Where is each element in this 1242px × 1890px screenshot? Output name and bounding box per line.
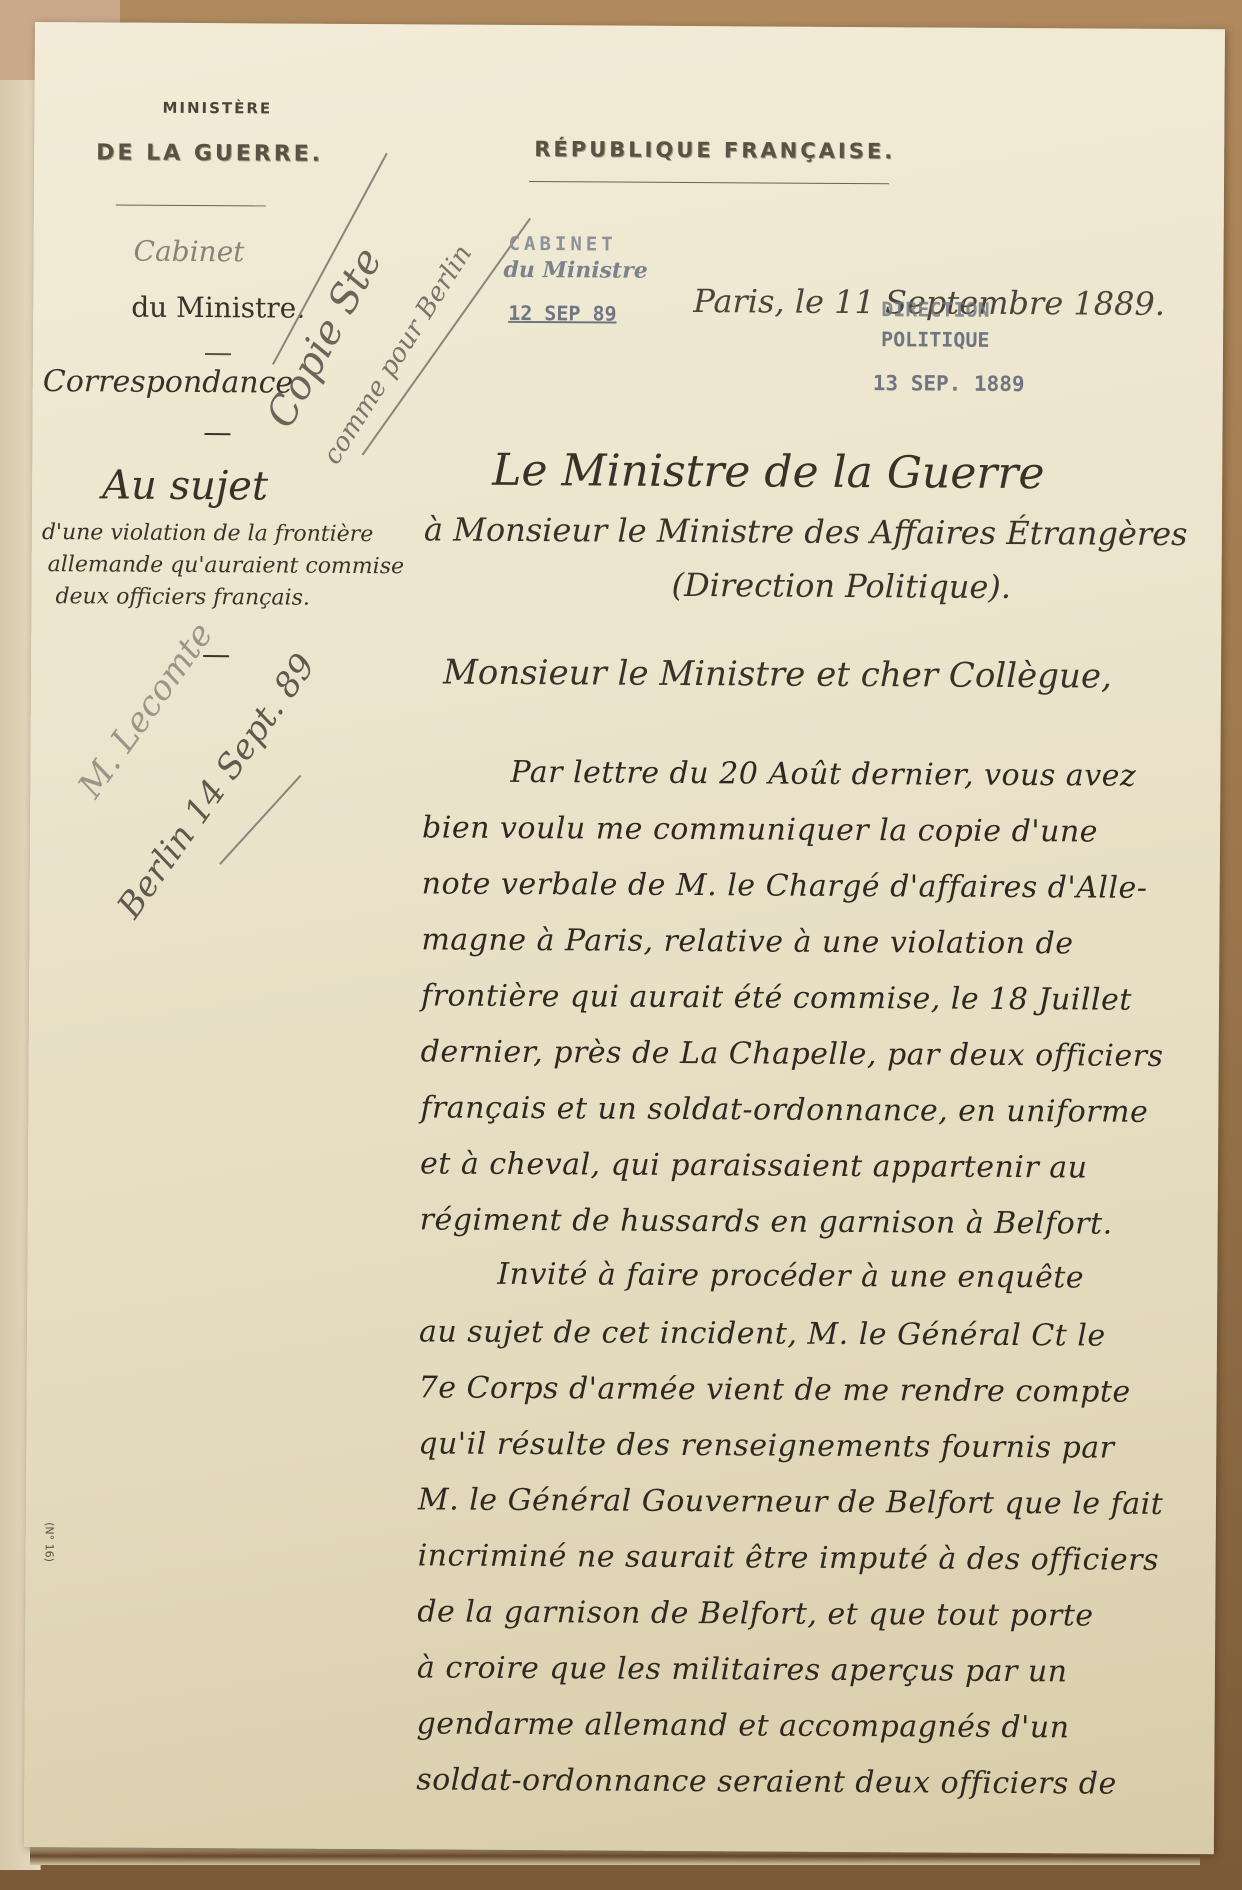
letterhead-de-la-guerre: DE LA GUERRE. [96, 140, 323, 166]
body-line: régiment de hussards en garnison à Belfo… [420, 1202, 1113, 1241]
body-line: au sujet de cet incident, M. le Général … [419, 1314, 1106, 1353]
addressee-line2: (Direction Politique). [671, 566, 1011, 606]
subject-line: deux officiers français. [55, 584, 310, 611]
letterhead-rule [529, 181, 889, 184]
body-line: incriminé ne saurait être imputé à des o… [418, 1538, 1160, 1578]
subject-line: allemande qu'auraient commise [48, 552, 405, 579]
correspondance-label: Correspondance [43, 364, 294, 401]
body-line: bien voulu me communiquer la copie d'une [422, 810, 1098, 849]
body-line: et à cheval, qui paraissaient appartenir… [420, 1146, 1088, 1185]
body-line: 7e Corps d'armée vient de me rendre comp… [419, 1370, 1131, 1409]
body-line: gendarme allemand et accompagnés d'un [417, 1706, 1070, 1745]
addressee-line1: à Monsieur le Ministre des Affaires Étra… [424, 510, 1188, 553]
body-line: dernier, près de La Chapelle, par deux o… [421, 1034, 1164, 1074]
body-line: Invité à faire procéder à une enquête [497, 1257, 1084, 1296]
body-line: M. le Général Gouverneur de Belfort que … [418, 1482, 1164, 1522]
body-line: à croire que les militaires aperçus par … [417, 1650, 1068, 1689]
body-line: Par lettre du 20 Août dernier, vous avez [510, 755, 1136, 794]
stamp-direction-date: 13 SEP. 1889 [873, 371, 1025, 396]
letterhead-republique: RÉPUBLIQUE FRANÇAISE. [534, 137, 895, 163]
sender-line: Le Ministre de la Guerre [492, 445, 1045, 499]
margin-print-mark: (N° 16) [43, 1522, 56, 1562]
body-line: de la garnison de Belfort, et que tout p… [417, 1594, 1094, 1633]
letterhead-du-ministre: du Ministre. [131, 291, 305, 325]
letterhead-ministere: MINISTÈRE [162, 99, 272, 118]
stamp-cabinet-line1: CABINET [509, 233, 617, 256]
stamp-cabinet-date: 12 SEP 89 [508, 301, 617, 326]
stamp-direction-line1: DIRECTION [881, 297, 990, 322]
subject-line: d'une violation de la frontière [42, 520, 374, 547]
subject-heading: Au sujet [102, 462, 268, 509]
body-line: frontière qui aurait été commise, le 18 … [421, 978, 1132, 1017]
divider-dash [204, 433, 230, 435]
letterhead-cabinet: Cabinet [134, 235, 245, 269]
salutation: Monsieur le Ministre et cher Collègue, [443, 653, 1112, 697]
body-line: qu'il résulte des renseignements fournis… [418, 1426, 1114, 1465]
body-line: français et un soldat-ordonnance, en uni… [420, 1090, 1148, 1129]
body-line: note verbale de M. le Chargé d'affaires … [422, 866, 1148, 905]
letter-page: MINISTÈRE DE LA GUERRE. Cabinet du Minis… [24, 22, 1225, 1854]
body-line: soldat-ordonnance seraient deux officier… [416, 1762, 1117, 1801]
divider-dash [205, 353, 231, 355]
body-line: magne à Paris, relative à une violation … [421, 922, 1073, 961]
stamp-direction-line2: POLITIQUE [881, 327, 990, 352]
stamp-cabinet-line2: du Ministre [503, 257, 647, 284]
letterhead-divider [116, 204, 266, 206]
